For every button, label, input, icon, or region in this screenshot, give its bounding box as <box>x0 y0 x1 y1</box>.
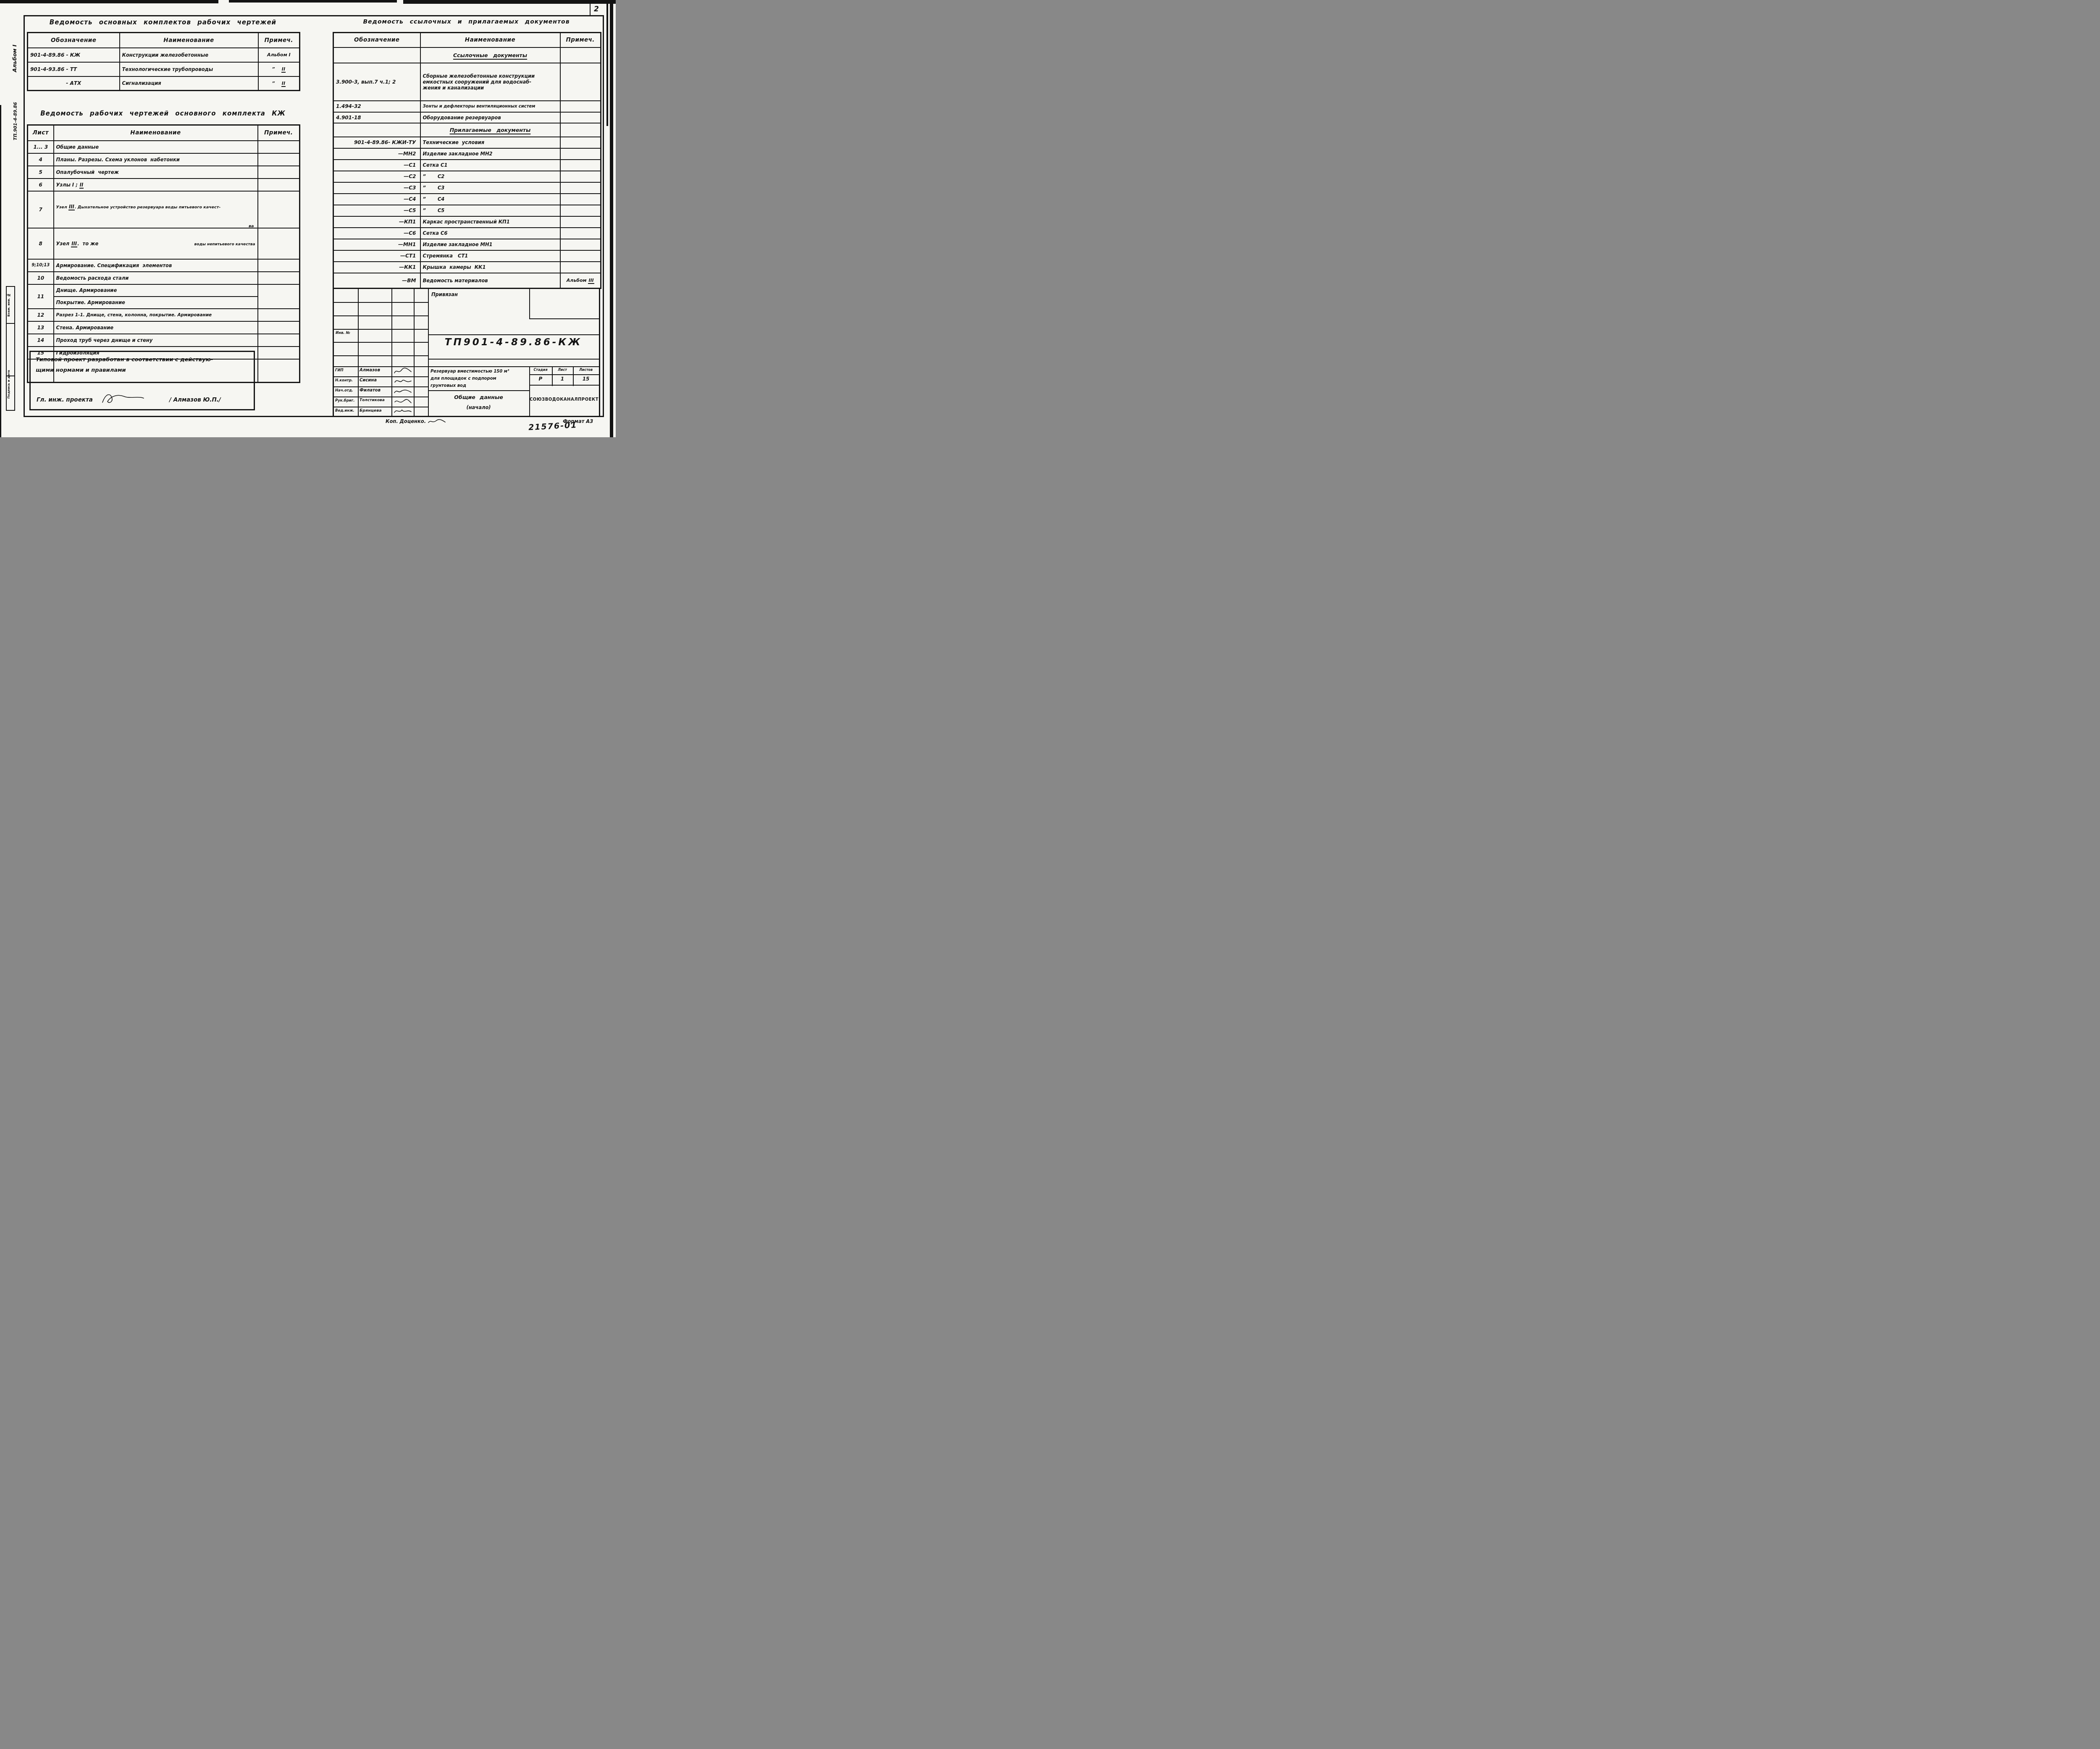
standard-note-box: Типовой проект разработан в соответствии… <box>29 351 255 410</box>
table-cell: Зонты и дефлекторы вентиляционных систем <box>420 101 560 112</box>
table-cell <box>258 153 300 166</box>
table-cell: 6 <box>28 179 54 191</box>
table-cell <box>258 166 300 179</box>
table-cell: 1... 3 <box>28 141 54 153</box>
table-cell: ” С5 <box>420 205 560 216</box>
grid-line <box>529 318 599 319</box>
table-cell: Альбом III <box>560 273 601 289</box>
table-cell: Альбом I <box>258 48 300 62</box>
grid-line <box>428 390 529 391</box>
table-cell: —С2 <box>333 171 420 182</box>
table-cell: —С5 <box>333 205 420 216</box>
table-cell: —КП1 <box>333 216 420 228</box>
kz-sheets-table: Лист Наименование Примеч. 1... 3 Общие д… <box>27 124 300 383</box>
inventory-label: Инв. № <box>336 331 350 335</box>
copy-note: Коп. Доценко. <box>386 418 446 425</box>
table-cell <box>560 228 601 239</box>
table-cell: 901-4-89.86- КЖИ-ТУ <box>333 137 420 148</box>
table-cell: 1.494-32 <box>333 101 420 112</box>
table-cell <box>560 112 601 123</box>
stamp-cell-podpis: Подпись и дата <box>7 360 14 408</box>
sheet-name: Узел III. то же <box>56 241 99 247</box>
table-cell: 13 <box>28 321 54 334</box>
table-cell: Технические условия <box>420 137 560 148</box>
grid-line <box>334 315 428 316</box>
table-cell: —С1 <box>333 160 420 171</box>
sheets-value: 15 <box>573 376 599 382</box>
grid-line <box>334 407 428 407</box>
table-cell <box>560 262 601 273</box>
table-cell: ” II <box>258 76 300 91</box>
signature <box>393 367 412 376</box>
table-cell: Планы. Разрезы. Схема уклонов набетонки <box>54 153 258 166</box>
document-number: 21576-01 <box>528 420 577 432</box>
signer-name: Сисина <box>360 378 391 383</box>
title-block: Привязан Инв. № ТП901-4-89.86-КЖ ГИП Алм… <box>333 288 600 417</box>
grid-line <box>334 366 599 367</box>
table-cell: ” С2 <box>420 171 560 182</box>
table-cell: Сетка С1 <box>420 160 560 171</box>
table-cell <box>560 250 601 262</box>
main-sets-title: Ведомость основных комплектов рабочих че… <box>27 18 299 26</box>
table-cell <box>560 101 601 112</box>
table-cell: —С3 <box>333 182 420 194</box>
signer-name: Брянцева <box>360 408 392 413</box>
sheets-label: Листов <box>573 368 599 372</box>
album-vertical-label: Альбом I <box>12 33 18 84</box>
table-cell: 901-4-93.86 - ТТ <box>28 62 120 76</box>
refs-table: Обозначение Наименование Примеч. Ссылочн… <box>333 32 601 289</box>
sheet-title-2: (начало) <box>428 404 529 410</box>
signer-name: Толстикова <box>360 398 393 402</box>
table-cell: 3.900-3, вып.7 ч.1; 2 <box>333 63 420 101</box>
table-cell: Проход труб через днище и стену <box>54 334 258 347</box>
grid-line <box>529 289 530 319</box>
signature <box>393 377 412 386</box>
sheet-value: 1 <box>552 376 573 382</box>
table-cell: Оборудование резервуаров <box>420 112 560 123</box>
grid-line <box>529 374 599 375</box>
table-cell <box>258 272 300 284</box>
table-cell: Армирование. Спецификация элементов <box>54 259 258 272</box>
grid-line <box>428 334 599 335</box>
table-cell <box>560 205 601 216</box>
scan-artifact <box>606 0 608 126</box>
signature <box>428 419 446 425</box>
table-cell: ” С3 <box>420 182 560 194</box>
page-number-tick <box>590 3 591 16</box>
grid-line <box>428 359 599 360</box>
table-cell <box>258 259 300 272</box>
scan-artifact <box>610 0 613 437</box>
table-cell: Ведомость расхода стали <box>54 272 258 284</box>
table-cell: - АТХ <box>28 76 120 91</box>
table-cell: —КК1 <box>333 262 420 273</box>
table-cell <box>560 47 601 63</box>
table-cell: Общие данные <box>54 141 258 153</box>
table-cell <box>333 123 420 137</box>
stamp-cell-vzam: Взам. инв. № <box>7 288 14 322</box>
table-cell <box>258 309 300 321</box>
grid-line <box>529 385 599 386</box>
table-cell <box>560 239 601 250</box>
table-cell <box>258 179 300 191</box>
section-heading: Прилагаемые документы <box>420 123 560 137</box>
table-cell: Разрез 1-1. Днище, стена, колонна, покры… <box>54 309 258 321</box>
signature <box>393 407 412 416</box>
table-cell <box>560 194 601 205</box>
table-cell <box>560 160 601 171</box>
table-cell: —С4 <box>333 194 420 205</box>
table-cell: Изделие закладное МН1 <box>420 239 560 250</box>
grid-line <box>334 329 428 330</box>
table-cell <box>560 63 601 101</box>
scan-artifact <box>403 0 616 4</box>
table-cell: 5 <box>28 166 54 179</box>
project-designation: ТП901-4-89.86-КЖ <box>428 337 599 348</box>
table-cell: —С6 <box>333 228 420 239</box>
table-cell: 9;10;13 <box>28 259 54 272</box>
scan-artifact <box>0 0 218 3</box>
grid-line <box>334 355 428 356</box>
table-cell: 12 <box>28 309 54 321</box>
table-cell <box>560 137 601 148</box>
grid-line <box>334 342 428 343</box>
table-cell <box>560 182 601 194</box>
signer-name: Алмазов <box>360 368 391 373</box>
doc-vertical-label: ТП.901-4-89.86 <box>13 97 18 144</box>
attached-note: Привязан <box>431 291 458 297</box>
table-cell: 7 <box>28 191 54 228</box>
page-number: 2 <box>594 5 599 13</box>
signer-role: Вед.инж. <box>335 409 358 413</box>
table-cell <box>258 191 300 228</box>
signer-role: Рук.бриг. <box>335 399 358 403</box>
table-cell: Технологические трубопроводы <box>120 62 258 76</box>
table-cell <box>560 216 601 228</box>
table-cell: Конструкции железобетонные <box>120 48 258 62</box>
signature <box>100 391 146 406</box>
sheet-name-continuation: ва <box>249 224 254 228</box>
stage-label: Стадия <box>529 368 552 372</box>
chief-engineer-name: / Алмазов Ю.П./ <box>169 397 221 403</box>
table-cell: —МН2 <box>333 148 420 160</box>
scan-artifact <box>229 0 397 3</box>
table-cell: ” II <box>258 62 300 76</box>
note-text: Типовой проект разработан в соответствии… <box>36 355 248 376</box>
sheet-title: Общие данные <box>428 394 529 400</box>
table-cell: 901-4-89.86 - КЖ <box>28 48 120 62</box>
object-name: Резервуар вместимостью 150 м³ для площад… <box>430 368 528 389</box>
table-cell: 14 <box>28 334 54 347</box>
table-cell: 4.901-18 <box>333 112 420 123</box>
sheet-name: Узел III. Дыхательное устройство резерву… <box>56 204 255 210</box>
table-cell: 10 <box>28 272 54 284</box>
main-sets-table: Обозначение Наименование Примеч. 901-4-8… <box>27 32 300 91</box>
grid-line <box>334 376 428 377</box>
table-cell <box>258 334 300 347</box>
margin-stamp-box: Взам. инв. № Подпись и дата Инв. № подл. <box>6 286 15 411</box>
table-cell <box>560 123 601 137</box>
table-cell: Стремянка СТ1 <box>420 250 560 262</box>
table-cell: 4 <box>28 153 54 166</box>
signer-role: Н.контр. <box>335 378 357 383</box>
stage-value: Р <box>529 376 552 382</box>
column-header: Лист <box>28 125 54 141</box>
column-header: Наименование <box>54 125 258 141</box>
signature <box>393 397 412 406</box>
table-cell: 8 <box>28 228 54 259</box>
table-cell: Стена. Армирование <box>54 321 258 334</box>
table-cell: —МН1 <box>333 239 420 250</box>
organization-name: СОЮЗВОДОКАНАЛПРОЕКТ <box>529 397 599 402</box>
table-cell <box>333 47 420 63</box>
signer-name: Филатов <box>360 388 391 393</box>
column-header: Примеч. <box>258 33 300 48</box>
scan-artifact <box>0 105 1 437</box>
column-header: Примеч. <box>258 125 300 141</box>
table-cell: Сборные железобетонные конструкции емкос… <box>420 63 560 101</box>
column-header: Обозначение <box>28 33 120 48</box>
table-cell: Узел III. то же воды непитьевого качеств… <box>54 228 258 259</box>
drawing-sheet: 2 Альбом I ТП.901-4-89.86 Взам. инв. № П… <box>0 0 616 437</box>
table-cell <box>258 284 300 309</box>
table-cell: Днище. Армирование <box>54 284 258 297</box>
column-header: Обозначение <box>333 33 420 47</box>
table-cell <box>258 347 300 359</box>
table-cell <box>258 228 300 259</box>
table-cell: —ВМ <box>333 273 420 289</box>
grid-line <box>529 366 530 416</box>
sheet-name-right: воды непитьевого качества <box>194 242 255 247</box>
table-cell: Опалубочный чертеж <box>54 166 258 179</box>
signer-role: Нач.отд. <box>335 389 357 393</box>
sheet-label: Лист <box>552 368 573 372</box>
table-cell: Каркас пространственный КП1 <box>420 216 560 228</box>
table-cell: Покрытие. Армирование <box>54 297 258 309</box>
table-cell <box>258 359 300 383</box>
table-cell: —СТ1 <box>333 250 420 262</box>
divider <box>7 376 14 376</box>
column-header: Наименование <box>120 33 258 48</box>
table-cell: Изделие закладное МН2 <box>420 148 560 160</box>
table-cell: Узел III. Дыхательное устройство резерву… <box>54 191 258 228</box>
kz-sheets-title: Ведомость рабочих чертежей основного ком… <box>27 110 299 117</box>
chief-engineer-label: Гл. инж. проекта <box>37 397 93 403</box>
table-cell: Сигнализация <box>120 76 258 91</box>
table-cell <box>560 148 601 160</box>
table-cell: Сетка С6 <box>420 228 560 239</box>
grid-line <box>334 302 428 303</box>
table-cell <box>258 321 300 334</box>
divider <box>7 323 14 324</box>
table-cell: Крышка камеры КК1 <box>420 262 560 273</box>
table-cell: ” С4 <box>420 194 560 205</box>
table-cell: 11 <box>28 284 54 309</box>
column-header: Наименование <box>420 33 560 47</box>
table-cell <box>560 171 601 182</box>
column-header: Примеч. <box>560 33 601 47</box>
grid-line <box>334 386 428 387</box>
grid-line <box>334 397 428 397</box>
refs-title: Ведомость ссылочных и прилагаемых докуме… <box>333 18 600 25</box>
table-cell: Узлы I ; II <box>54 179 258 191</box>
table-cell: Ведомость материалов <box>420 273 560 289</box>
signer-role: ГИП <box>335 368 357 373</box>
section-heading: Ссылочные документы <box>420 47 560 63</box>
signature <box>393 387 412 396</box>
copy-note-text: Коп. Доценко. <box>386 418 426 424</box>
table-cell <box>258 141 300 153</box>
